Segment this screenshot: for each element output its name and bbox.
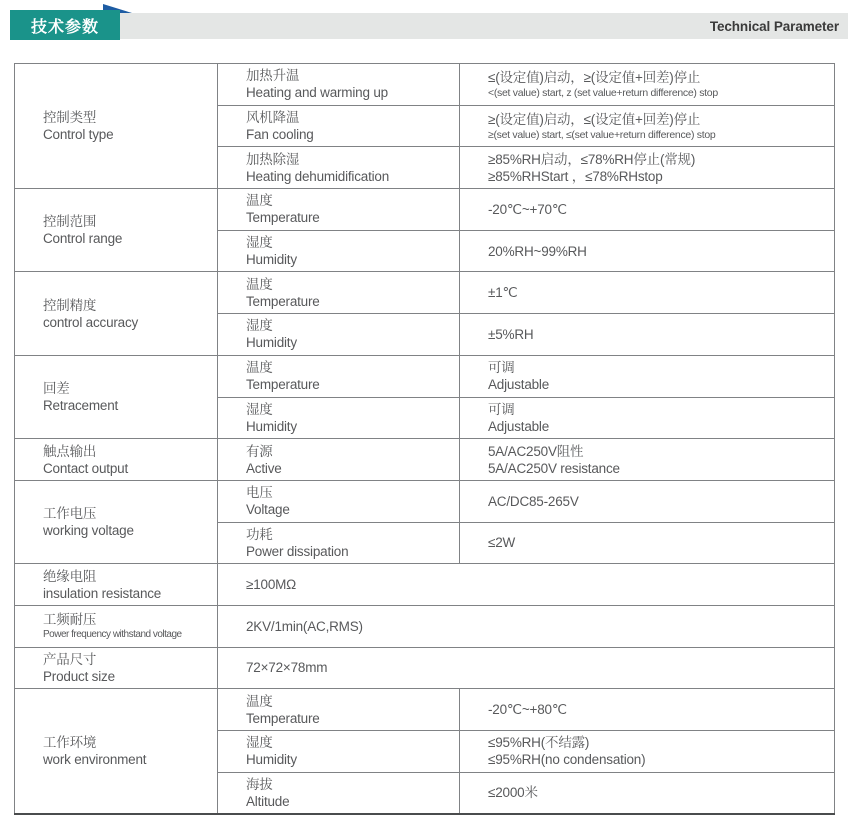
header-bar: Technical Parameter: [118, 13, 848, 39]
param-en: Humidity: [246, 751, 451, 768]
value-cn: ≤95%RH(不结露): [488, 734, 826, 751]
value-cell: ≥(设定值)启动，≤(设定值+回差)停止 ≥(set value) start,…: [460, 105, 835, 147]
param-en: Temperature: [246, 376, 451, 393]
value-cn: ≤2000米: [488, 784, 826, 801]
param-cn: 海拔: [246, 776, 451, 793]
value-cn: ≤2W: [488, 534, 826, 551]
group-label-cn: 绝缘电阻: [43, 568, 209, 585]
value-cn: ±1℃: [488, 284, 826, 301]
value-cell: ≤2W: [460, 522, 835, 564]
param-cell: 湿度 Humidity: [218, 731, 460, 773]
group-label-cn: 回差: [43, 380, 209, 397]
value-en: <(set value) start, z (set value+return …: [488, 86, 826, 100]
param-cn: 温度: [246, 359, 451, 376]
group-label-en: Product size: [43, 668, 209, 685]
param-en: Humidity: [246, 418, 451, 435]
param-cell: 温度 Temperature: [218, 272, 460, 314]
param-cn: 有源: [246, 443, 451, 460]
param-cell: 有源 Active: [218, 439, 460, 481]
param-cell: 温度 Temperature: [218, 355, 460, 397]
page-title-cn: 技术参数: [31, 14, 99, 37]
param-cell: 功耗 Power dissipation: [218, 522, 460, 564]
group-label-cell: 触点输出 Contact output: [15, 439, 218, 481]
value-en: ≥(set value) start, ≤(set value+return d…: [488, 128, 826, 142]
group-label-cn: 控制类型: [43, 109, 209, 126]
table-row: 工作环境 work environment 温度 Temperature -20…: [15, 689, 835, 731]
group-label-en: work environment: [43, 751, 209, 768]
group-label-en: working voltage: [43, 522, 209, 539]
param-cn: 加热除湿: [246, 151, 451, 168]
value-cn: -20℃~+80℃: [488, 701, 826, 718]
value-cn: ≤(设定值)启动，≥(设定值+回差)停止: [488, 69, 826, 86]
group-label-en: Control type: [43, 126, 209, 143]
param-cn: 温度: [246, 276, 451, 293]
table-row: 工作电压 working voltage 电压 Voltage AC/DC85-…: [15, 480, 835, 522]
group-label-cell: 工作电压 working voltage: [15, 480, 218, 563]
group-label-cell: 产品尺寸 Product size: [15, 647, 218, 689]
param-cell: 海拔 Altitude: [218, 772, 460, 814]
param-cn: 湿度: [246, 317, 451, 334]
param-cell: 加热升温 Heating and warming up: [218, 64, 460, 106]
value-en: 5A/AC250V resistance: [488, 460, 826, 477]
group-label-cell: 工作环境 work environment: [15, 689, 218, 814]
value-cell: ≤(设定值)启动，≥(设定值+回差)停止 <(set value) start,…: [460, 64, 835, 106]
value-text: ≥100MΩ: [246, 576, 826, 593]
value-cell: 可调 Adjustable: [460, 397, 835, 439]
param-cn: 加热升温: [246, 67, 451, 84]
value-cn: ±5%RH: [488, 326, 826, 343]
param-cell: 风机降温 Fan cooling: [218, 105, 460, 147]
group-label-cell: 绝缘电阻 insulation resistance: [15, 564, 218, 606]
group-label-cell: 控制范围 Control range: [15, 189, 218, 272]
group-label-en: Contact output: [43, 460, 209, 477]
param-en: Altitude: [246, 793, 451, 810]
value-cell: AC/DC85-265V: [460, 480, 835, 522]
table-row: 触点输出 Contact output 有源 Active 5A/AC250V阻…: [15, 439, 835, 481]
group-label-cell: 回差 Retracement: [15, 355, 218, 438]
table-row: 控制精度 control accuracy 温度 Temperature ±1℃: [15, 272, 835, 314]
value-cell: ≥85%RH启动，≤78%RH停止(常规) ≥85%RHStart ，≤78%R…: [460, 147, 835, 189]
value-cell: ≤95%RH(不结露) ≤95%RH(no condensation): [460, 731, 835, 773]
value-cell: 2KV/1min(AC,RMS): [218, 605, 835, 647]
param-en: Heating and warming up: [246, 84, 451, 101]
value-cell: ≤2000米: [460, 772, 835, 814]
value-en: Adjustable: [488, 418, 826, 435]
param-cn: 湿度: [246, 234, 451, 251]
param-en: Power dissipation: [246, 543, 451, 560]
value-cn: AC/DC85-265V: [488, 493, 826, 510]
value-cn: 5A/AC250V阻性: [488, 443, 826, 460]
table-row: 产品尺寸 Product size 72×72×78mm: [15, 647, 835, 689]
value-cn: ≥85%RH启动，≤78%RH停止(常规): [488, 151, 826, 168]
value-cell: ±5%RH: [460, 314, 835, 356]
param-cn: 湿度: [246, 734, 451, 751]
param-en: Humidity: [246, 334, 451, 351]
table-row: 控制类型 Control type 加热升温 Heating and warmi…: [15, 64, 835, 106]
title-box: 技术参数: [10, 10, 120, 40]
param-cell: 湿度 Humidity: [218, 397, 460, 439]
value-en: ≥85%RHStart ，≤78%RHstop: [488, 168, 826, 185]
page: Technical Parameter 技术参数 控制类型 Control ty…: [0, 0, 848, 824]
param-en: Voltage: [246, 501, 451, 518]
param-cn: 温度: [246, 693, 451, 710]
group-label-en: control accuracy: [43, 314, 209, 331]
param-cell: 湿度 Humidity: [218, 314, 460, 356]
value-cn: -20℃~+70℃: [488, 201, 826, 218]
param-cell: 加热除湿 Heating dehumidification: [218, 147, 460, 189]
param-en: Temperature: [246, 710, 451, 727]
page-title-en: Technical Parameter: [710, 19, 839, 34]
table-row: 控制范围 Control range 温度 Temperature -20℃~+…: [15, 189, 835, 231]
param-cn: 湿度: [246, 401, 451, 418]
value-cn: 20%RH~99%RH: [488, 243, 826, 260]
group-label-cell: 控制精度 control accuracy: [15, 272, 218, 355]
value-cell: 20%RH~99%RH: [460, 230, 835, 272]
value-cell: 可调 Adjustable: [460, 355, 835, 397]
param-cell: 温度 Temperature: [218, 689, 460, 731]
group-label-en: Power frequency withstand voltage: [43, 628, 209, 641]
value-cell: ≥100MΩ: [218, 564, 835, 606]
param-en: Fan cooling: [246, 126, 451, 143]
param-cell: 温度 Temperature: [218, 189, 460, 231]
group-label-en: Retracement: [43, 397, 209, 414]
param-en: Active: [246, 460, 451, 477]
value-cell: -20℃~+80℃: [460, 689, 835, 731]
value-cell: 5A/AC250V阻性 5A/AC250V resistance: [460, 439, 835, 481]
value-cell: 72×72×78mm: [218, 647, 835, 689]
group-label-cn: 触点输出: [43, 443, 209, 460]
param-cell: 电压 Voltage: [218, 480, 460, 522]
spec-table: 控制类型 Control type 加热升温 Heating and warmi…: [14, 63, 835, 815]
group-label-cn: 工作电压: [43, 505, 209, 522]
value-en: Adjustable: [488, 376, 826, 393]
value-cn: 可调: [488, 401, 826, 418]
param-cn: 电压: [246, 484, 451, 501]
group-label-en: Control range: [43, 230, 209, 247]
value-cell: -20℃~+70℃: [460, 189, 835, 231]
value-en: ≤95%RH(no condensation): [488, 751, 826, 768]
value-cn: 可调: [488, 359, 826, 376]
group-label-cn: 控制精度: [43, 297, 209, 314]
group-label-cell: 工频耐压 Power frequency withstand voltage: [15, 605, 218, 647]
group-label-cn: 产品尺寸: [43, 651, 209, 668]
param-en: Temperature: [246, 293, 451, 310]
group-label-cell: 控制类型 Control type: [15, 64, 218, 189]
param-en: Humidity: [246, 251, 451, 268]
value-cn: ≥(设定值)启动，≤(设定值+回差)停止: [488, 111, 826, 128]
param-cell: 湿度 Humidity: [218, 230, 460, 272]
param-en: Heating dehumidification: [246, 168, 451, 185]
param-cn: 温度: [246, 192, 451, 209]
table-row: 工频耐压 Power frequency withstand voltage 2…: [15, 605, 835, 647]
param-cn: 功耗: [246, 526, 451, 543]
group-label-cn: 控制范围: [43, 213, 209, 230]
value-cell: ±1℃: [460, 272, 835, 314]
group-label-cn: 工作环境: [43, 734, 209, 751]
table-row: 回差 Retracement 温度 Temperature 可调 Adjusta…: [15, 355, 835, 397]
group-label-en: insulation resistance: [43, 585, 209, 602]
param-en: Temperature: [246, 209, 451, 226]
param-cn: 风机降温: [246, 109, 451, 126]
value-text: 72×72×78mm: [246, 659, 826, 676]
value-text: 2KV/1min(AC,RMS): [246, 618, 826, 635]
table-row: 绝缘电阻 insulation resistance ≥100MΩ: [15, 564, 835, 606]
group-label-cn: 工频耐压: [43, 611, 209, 628]
